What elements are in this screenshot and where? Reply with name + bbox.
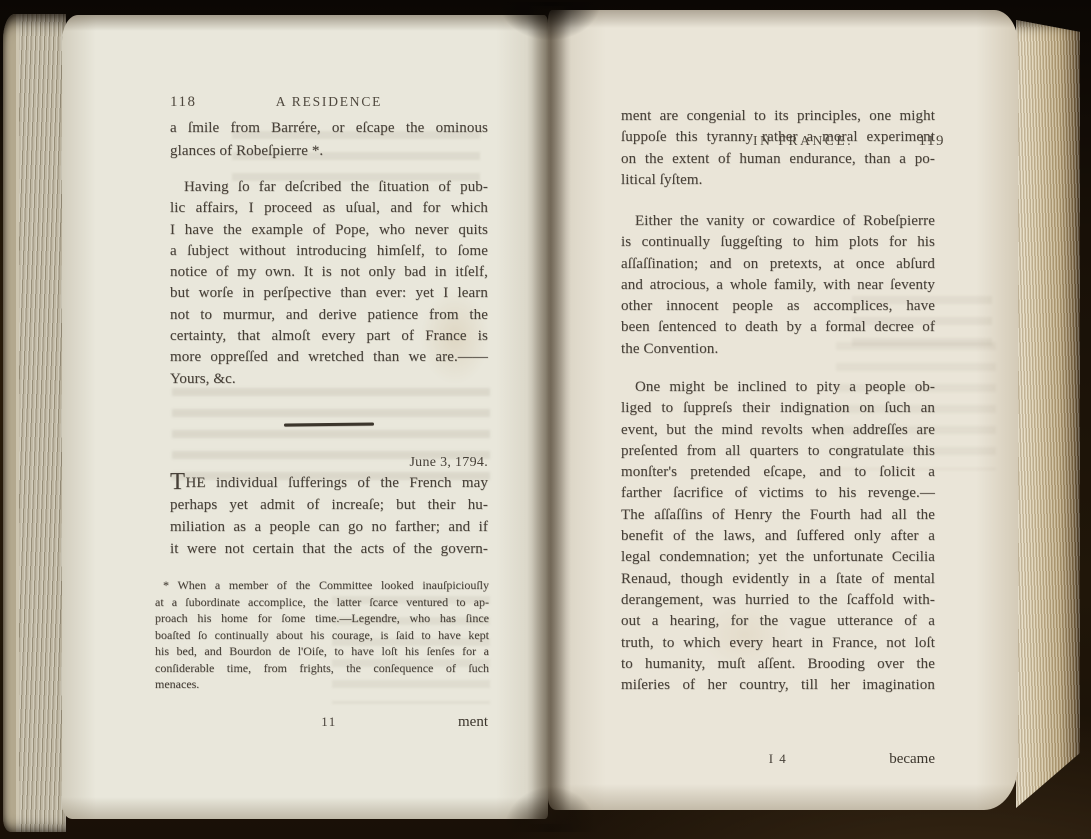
left-paragraph-1: a ſmile from Barrére, or eſcape the omin…: [170, 117, 488, 162]
text-line: derangement, was hurried to the ſcaffold…: [621, 590, 935, 611]
right-page-footer: I 4 became: [621, 751, 935, 771]
text-line: on the extent of human endurance, than a…: [621, 149, 935, 170]
text-line: monſter's pretended eſcape, and to ſolic…: [621, 462, 935, 483]
text-line: Either the vanity or cowardice of Robeſp…: [621, 211, 935, 232]
footnote-line: menaces.: [155, 676, 489, 693]
text-line: truth, to which every heart in France, n…: [621, 633, 935, 654]
footnote-line: his bed, and Bourdon de l'Oiſe, to have …: [155, 643, 489, 660]
text-line: THE individual ſufferings of the French …: [170, 472, 488, 494]
fore-edge-left: [3, 14, 66, 832]
text-line: benefit of the laws, and ſuffered only a…: [621, 526, 935, 547]
text-line: not to murmur, and derive patience from …: [170, 305, 488, 326]
fore-edge-right: [1016, 20, 1080, 808]
text-line: miſeries of her country, till her imagin…: [621, 675, 935, 696]
text-line: certainty, that almoſt every part of Fra…: [170, 326, 488, 347]
catchword-right: became: [889, 751, 935, 768]
page-number-left: 118: [170, 94, 196, 111]
catchword-left: ment: [458, 714, 488, 731]
opening-line-rest: HE individual ſufferings of the French m…: [185, 475, 488, 491]
text-line: and atrocious, a whole family, with near…: [621, 275, 935, 296]
text-line: Having ſo far deſcribed the ſituation of…: [170, 177, 488, 198]
text-line: it were not certain that the acts of the…: [170, 538, 488, 560]
text-line: lic affairs, I proceed as uſual, and for…: [170, 198, 488, 219]
text-line: out a hearing, for the vague utterance o…: [621, 611, 935, 632]
text-line: other innocent people as accomplices, ha…: [621, 296, 935, 317]
text-line: aſſaſſination; and on pretexts, at once …: [621, 254, 935, 275]
signature-mark-left: 11: [170, 714, 488, 730]
running-title-left: A RESIDENCE: [276, 94, 382, 110]
text-line: is continually ſuggeſting to him plots f…: [621, 232, 935, 253]
right-paragraph-1: ment are congenial to its principles, on…: [621, 106, 935, 191]
text-line: liged to ſuppreſs their indignation on ſ…: [621, 398, 935, 419]
footnote: * When a member of the Committee looked …: [155, 577, 489, 693]
signature-mark-right: I 4: [621, 751, 935, 767]
text-line: preſented from all quarters to congratul…: [621, 441, 935, 462]
right-paragraph-3: One might be inclined to pity a people o…: [621, 377, 935, 696]
text-line: but worſe in perſpective than ever: yet …: [170, 283, 488, 304]
text-line: glances of Robeſpierre *.: [170, 140, 488, 163]
text-line: perhaps yet admit of increaſe; but their…: [170, 494, 488, 516]
text-line: Yours, &c.: [170, 369, 488, 390]
text-line: notice of my own. It is not only bad in …: [170, 262, 488, 283]
text-line: miliation as a people can go no farther;…: [170, 516, 488, 538]
text-line: the Convention.: [621, 339, 935, 360]
text-line: a ſmile from Barrére, or eſcape the omin…: [170, 117, 488, 140]
footnote-line: * When a member of the Committee looked …: [155, 577, 489, 594]
footnote-line: conſiderable time, from frights, the con…: [155, 660, 489, 677]
footnote-line: boaſted ſo continually about his courage…: [155, 627, 489, 644]
text-line: litical ſyſtem.: [621, 170, 935, 191]
text-line: ment are congenial to its principles, on…: [621, 106, 935, 127]
text-line: been ſentenced to death by a formal decr…: [621, 317, 935, 338]
footnote-line: proach his home for ſome time.—Legendre,…: [155, 610, 489, 627]
left-paragraph-2: Having ſo far deſcribed the ſituation of…: [170, 177, 488, 390]
drop-cap: T: [170, 468, 185, 495]
right-paragraph-2: Either the vanity or cowardice of Robeſp…: [621, 211, 935, 360]
footnote-line: at a ſubordinate accomplice, the latter …: [155, 594, 489, 611]
left-page-footer: 11 ment: [170, 714, 488, 734]
text-line: legal condemnation; yet the unfortunate …: [621, 547, 935, 568]
text-line: ſuppoſe this tyranny rather a moral expe…: [621, 127, 935, 148]
text-line: I have the example of Pope, who never qu…: [170, 220, 488, 241]
section-divider: [170, 423, 488, 427]
text-line: Renaud, though evidently in a ſtate of m…: [621, 569, 935, 590]
text-line: to humanity, muſt aſſent. Brooding over …: [621, 654, 935, 675]
book-spread: 118 A RESIDENCE a ſmile from Barrére, or…: [0, 0, 1091, 839]
text-line: a ſubject without introducing himſelf, t…: [170, 241, 488, 262]
text-line: event, but the mind revolts when addreſſ…: [621, 420, 935, 441]
left-page-header: 118 A RESIDENCE: [170, 94, 488, 114]
section-divider-rule: [284, 423, 374, 427]
text-line: more oppreſſed and wretched than we are.…: [170, 347, 488, 368]
text-line: farther ſacrifice of victims to his reve…: [621, 483, 935, 504]
text-line: One might be inclined to pity a people o…: [621, 377, 935, 398]
left-paragraph-3: THE individual ſufferings of the French …: [170, 472, 488, 560]
dateline: June 3, 1794.: [170, 455, 497, 471]
text-line: The aſſaſſins of Henry the Fourth had al…: [621, 505, 935, 526]
